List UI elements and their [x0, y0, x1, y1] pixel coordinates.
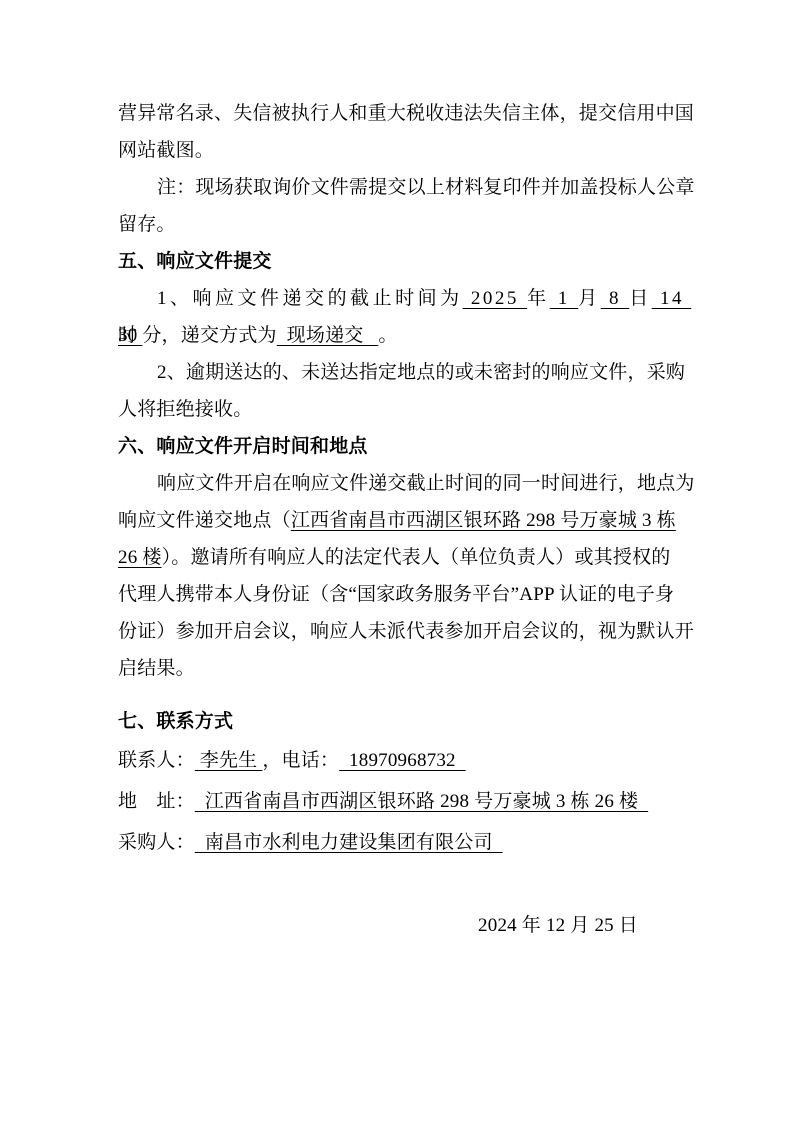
underlined-blank-value: 江西省南昌市西湖区银环路 298 号万豪城 3 栋 26 楼: [195, 791, 648, 812]
section-heading: 七、联系方式: [118, 703, 684, 740]
text-segment: 注：现场获取询价文件需提交以上材料复印件并加盖投标人公章: [157, 177, 695, 198]
text-segment: ，电话：: [262, 750, 339, 771]
text-segment: 代理人携带本人身份证（含“国家政务服务平台”APP 认证的电子身: [118, 584, 674, 605]
underlined-blank-value: 江西省南昌市西湖区银环路 298 号万豪城 3 栋: [291, 510, 676, 531]
text-segment: 留存。: [118, 214, 176, 235]
underlined-blank-value: 1: [550, 288, 579, 309]
text-segment: 营异常名录、失信被执行人和重大税收违法失信主体，提交信用中国: [118, 103, 694, 124]
text-segment: 月: [578, 288, 601, 309]
text-segment: 响应文件递交地点（: [118, 510, 291, 531]
document-page: 营异常名录、失信被执行人和重大税收违法失信主体，提交信用中国网站截图。注：现场获…: [0, 0, 800, 1131]
text-segment: 人将拒绝接收。: [118, 399, 252, 420]
text-segment: 六、响应文件开启时间和地点: [118, 436, 368, 457]
text-segment: 采购人：: [118, 832, 195, 853]
underlined-blank-value: 2025: [463, 288, 528, 309]
text-segment: 网站截图。: [118, 140, 214, 161]
document-line: 2、逾期送达的、未送达指定地点的或未密封的响应文件，采购: [118, 354, 684, 391]
contact-line: 地 址： 江西省南昌市西湖区银环路 298 号万豪城 3 栋 26 楼: [118, 781, 684, 822]
text-segment: 年: [527, 288, 550, 309]
contact-line: 联系人： 李先生 ，电话： 18970968732: [118, 740, 684, 781]
document-line: 响应文件递交地点（江西省南昌市西湖区银环路 298 号万豪城 3 栋: [118, 502, 684, 539]
text-segment: 响应文件开启在响应文件递交截止时间的同一时间进行，地点为: [157, 473, 695, 494]
document-line: 份证）参加开启会议，响应人未派代表参加开启会议的，视为默认开: [118, 613, 684, 650]
text-segment: 分，递交方式为: [142, 325, 276, 346]
text-segment: 日: [629, 288, 652, 309]
section-heading: 六、响应文件开启时间和地点: [118, 428, 684, 465]
document-line: 启结果。: [118, 650, 684, 687]
document-line: 30 分，递交方式为 现场递交 。: [118, 317, 684, 354]
document-line: 26 楼）。邀请所有响应人的法定代表人（单位负责人）或其授权的: [118, 539, 684, 576]
document-line: 留存。: [118, 206, 684, 243]
document-line: 人将拒绝接收。: [118, 391, 684, 428]
text-segment: 2024 年 12 月 25 日: [478, 915, 638, 936]
document-date: 2024 年 12 月 25 日: [118, 907, 684, 944]
contact-line: 采购人： 南昌市水利电力建设集团有限公司: [118, 822, 684, 863]
underlined-blank-value: 18970968732: [339, 750, 466, 771]
document-line: 注：现场获取询价文件需提交以上材料复印件并加盖投标人公章: [118, 169, 684, 206]
text-segment: 五、响应文件提交: [118, 251, 272, 272]
document-line: 响应文件开启在响应文件递交截止时间的同一时间进行，地点为: [118, 465, 684, 502]
underlined-blank-value: 南昌市水利电力建设集团有限公司: [195, 832, 503, 853]
text-segment: 。: [378, 325, 397, 346]
underlined-blank-value: 14: [652, 288, 692, 309]
underlined-blank-value: 现场递交: [277, 325, 379, 346]
document-line: 网站截图。: [118, 132, 684, 169]
text-segment: 七、联系方式: [118, 711, 233, 732]
underlined-blank-value: 李先生: [195, 750, 263, 771]
text-segment: 2、逾期送达的、未送达指定地点的或未密封的响应文件，采购: [157, 362, 685, 383]
document-line: 1、响应文件递交的截止时间为 2025 年 1 月 8 日 14 时: [118, 280, 684, 317]
text-segment: 启结果。: [118, 658, 195, 679]
document-line: 营异常名录、失信被执行人和重大税收违法失信主体，提交信用中国: [118, 95, 684, 132]
underlined-blank-value: 26 楼: [118, 547, 162, 568]
text-segment: 1、响应文件递交的截止时间为: [157, 288, 463, 309]
text-segment: ）。邀请所有响应人的法定代表人（单位负责人）或其授权的: [162, 547, 671, 568]
section-heading: 五、响应文件提交: [118, 243, 684, 280]
text-segment: 联系人：: [118, 750, 195, 771]
text-segment: 份证）参加开启会议，响应人未派代表参加开启会议的，视为默认开: [118, 621, 694, 642]
underlined-blank-value: 30: [118, 325, 142, 346]
document-line: 代理人携带本人身份证（含“国家政务服务平台”APP 认证的电子身: [118, 576, 684, 613]
document-content: 营异常名录、失信被执行人和重大税收违法失信主体，提交信用中国网站截图。注：现场获…: [118, 95, 684, 944]
text-segment: 地 址：: [118, 791, 195, 812]
underlined-blank-value: 8: [601, 288, 630, 309]
